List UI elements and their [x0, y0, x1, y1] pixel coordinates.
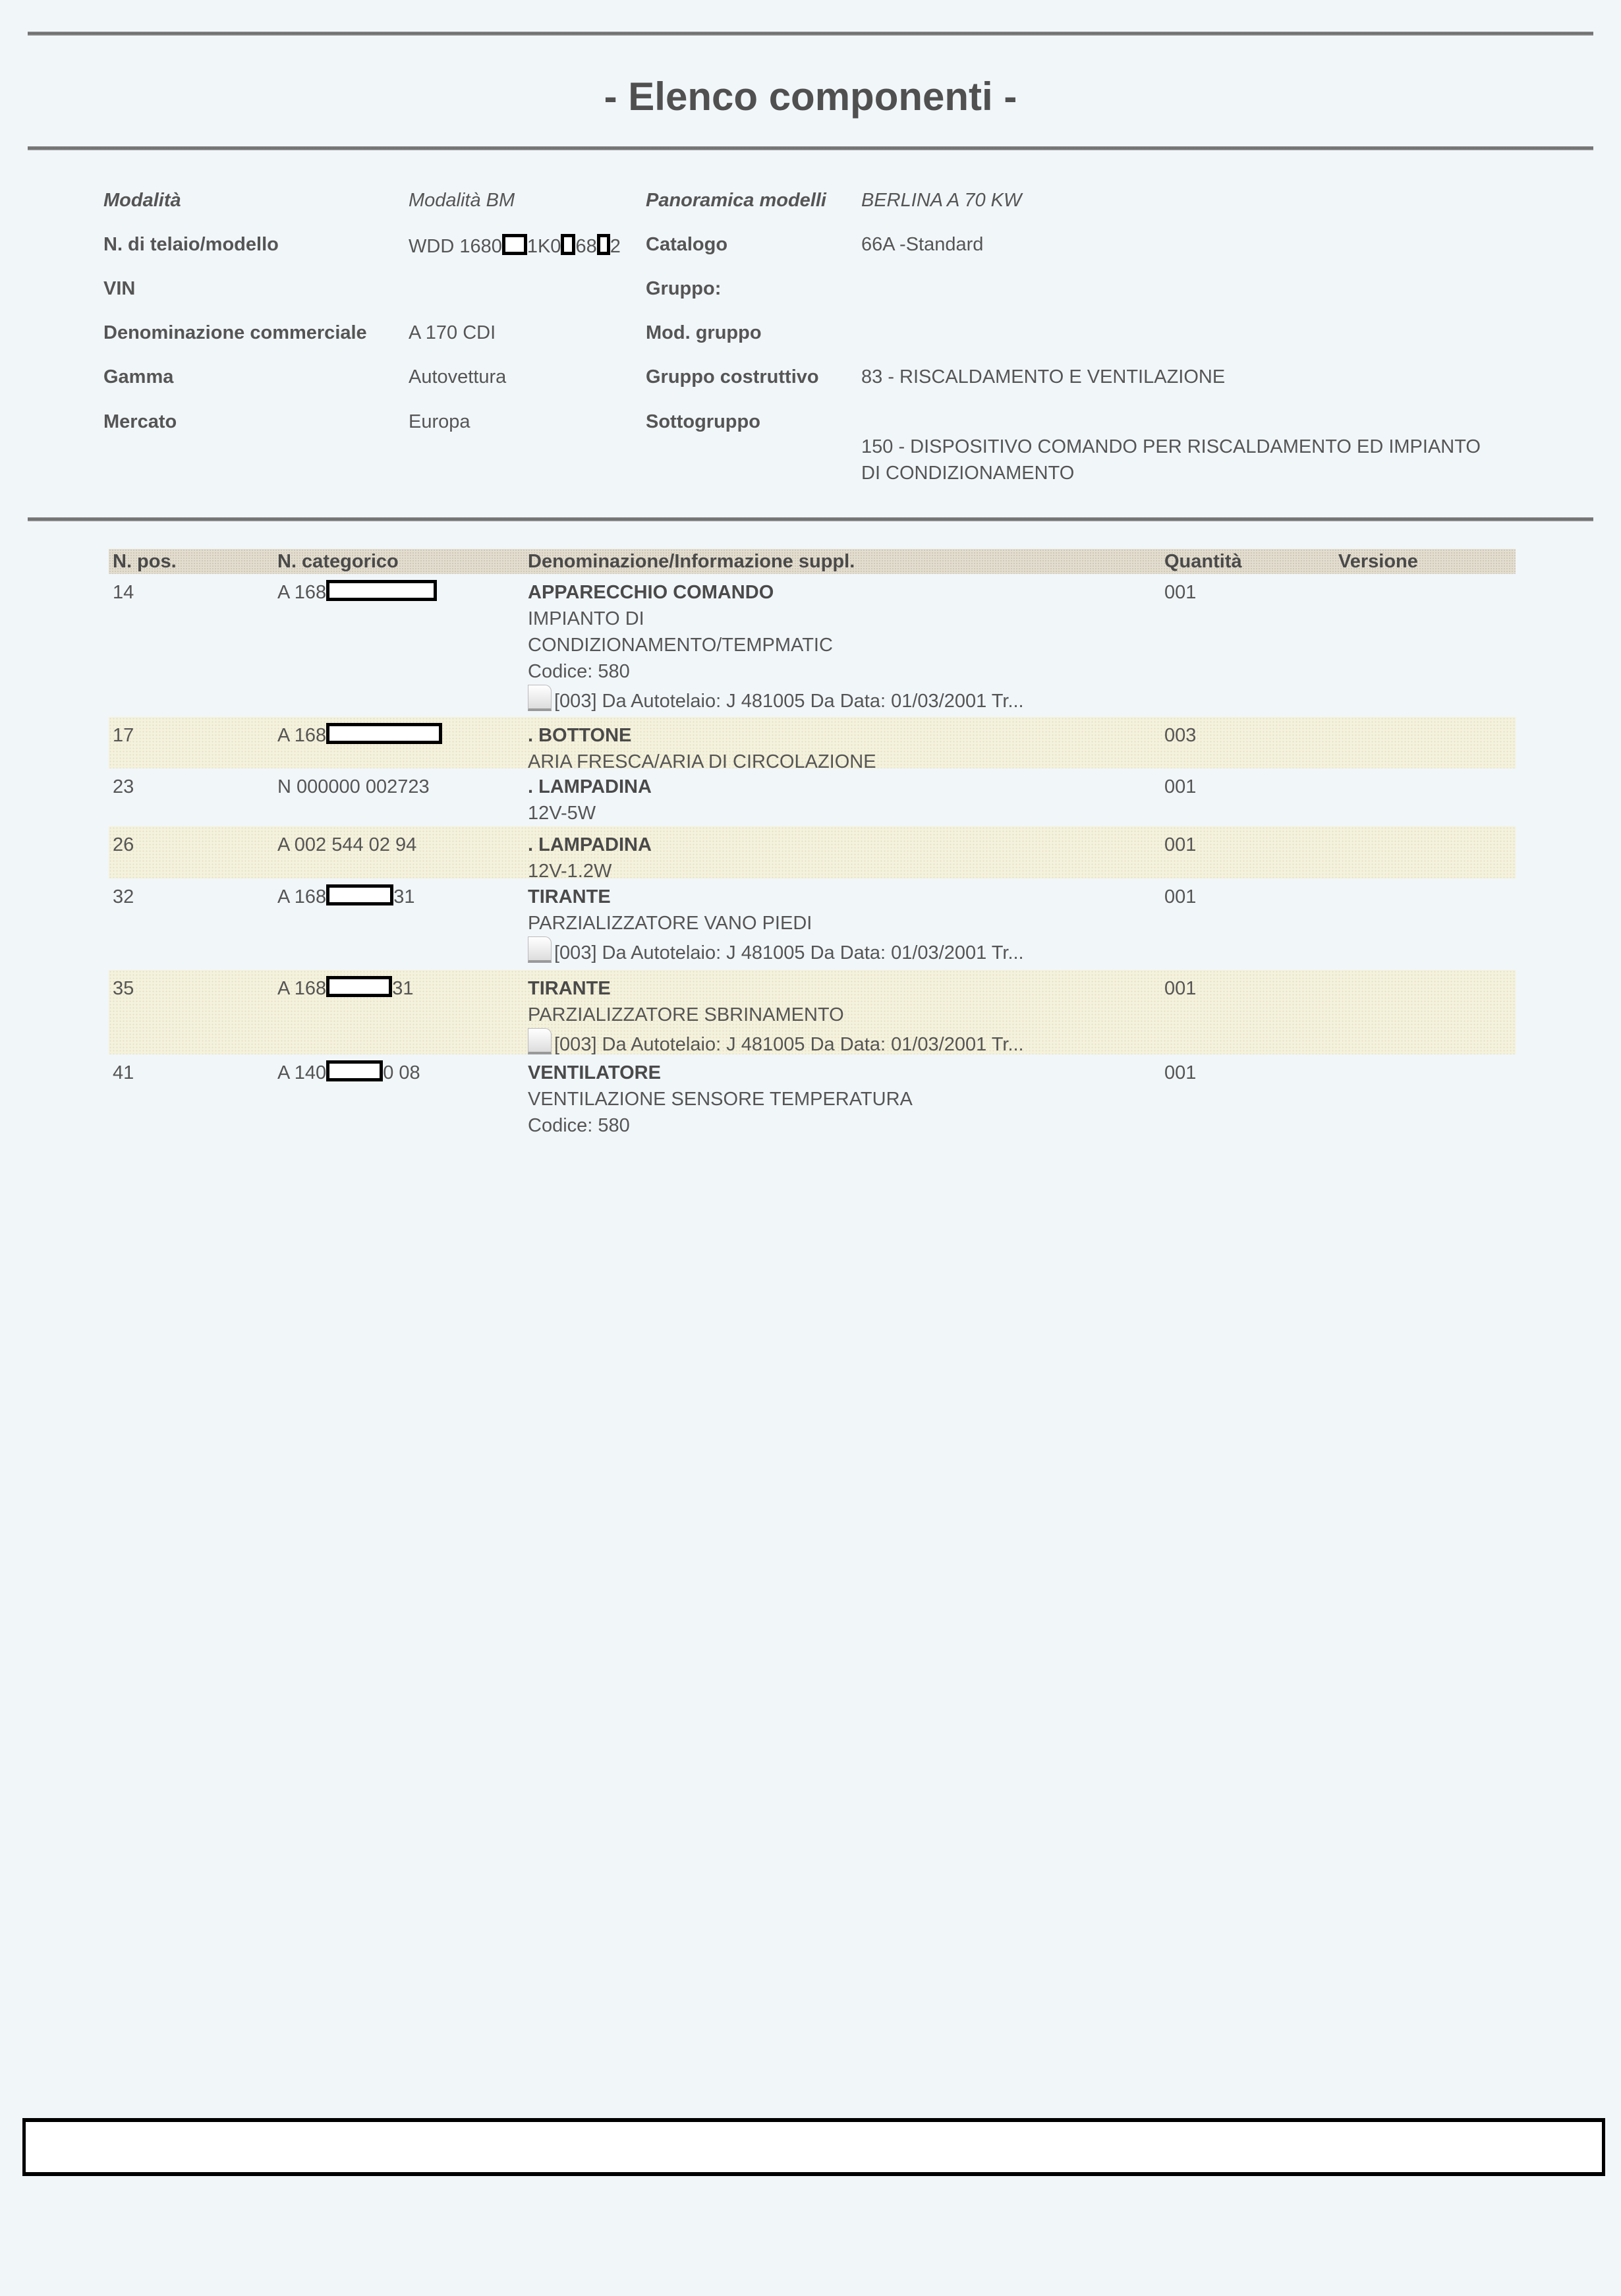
- description: TIRANTEPARZIALIZZATORE VANO PIEDI[003] D…: [528, 884, 1024, 966]
- part-name: . LAMPADINA: [528, 832, 652, 858]
- catalog-number: A 16831: [277, 884, 414, 910]
- info-value: 150 - DISPOSITIVO COMANDO PER RISCALDAME…: [861, 436, 1481, 458]
- info-label: Modalità: [103, 190, 181, 212]
- part-info: CONDIZIONAMENTO/TEMPMATIC: [528, 632, 1024, 658]
- part-info: PARZIALIZZATORE VANO PIEDI: [528, 910, 1024, 936]
- note-text: [003] Da Autotelaio: J 481005 Da Data: 0…: [554, 1034, 1024, 1055]
- footer-box: [22, 2118, 1605, 2176]
- section-rule: [28, 517, 1593, 521]
- part-info: VENTILAZIONE SENSORE TEMPERATURA: [528, 1086, 913, 1112]
- info-label: Sottogruppo: [646, 411, 760, 433]
- catalog-number: A 002 544 02 94: [277, 832, 416, 858]
- table-row: 14A 168APPARECCHIO COMANDOIMPIANTO DICON…: [109, 574, 1516, 717]
- info-label: VIN: [103, 278, 135, 300]
- description: . LAMPADINA12V-1.2W: [528, 832, 652, 884]
- pos-number: 32: [113, 884, 134, 910]
- note-icon[interactable]: [528, 936, 552, 963]
- top-rule: [28, 32, 1593, 36]
- table-row: 41A 1400 08VENTILATOREVENTILAZIONE SENSO…: [109, 1054, 1516, 1147]
- table-row: 32A 16831TIRANTEPARZIALIZZATORE VANO PIE…: [109, 878, 1516, 970]
- pos-number: 41: [113, 1060, 134, 1086]
- info-label: Mercato: [103, 411, 177, 433]
- info-label: Panoramica modelli: [646, 190, 826, 212]
- quantity: 003: [1164, 722, 1196, 749]
- note-icon[interactable]: [528, 1028, 552, 1054]
- quantity: 001: [1164, 975, 1196, 1002]
- description: VENTILATOREVENTILAZIONE SENSORE TEMPERAT…: [528, 1060, 913, 1139]
- redacted-box: [561, 234, 575, 255]
- col-category: N. categorico: [277, 549, 399, 574]
- info-label: Catalogo: [646, 234, 727, 256]
- note-line[interactable]: [003] Da Autotelaio: J 481005 Da Data: 0…: [528, 1028, 1024, 1058]
- info-label: Gamma: [103, 366, 173, 388]
- quantity: 001: [1164, 774, 1196, 800]
- pos-number: 17: [113, 722, 134, 749]
- redacted-box: [326, 723, 442, 744]
- pos-number: 35: [113, 975, 134, 1002]
- info-value: 83 - RISCALDAMENTO E VENTILAZIONE: [861, 366, 1225, 388]
- quantity: 001: [1164, 1060, 1196, 1086]
- col-version: Versione: [1338, 549, 1418, 574]
- table-row: 35A 16831TIRANTEPARZIALIZZATORE SBRINAME…: [109, 970, 1516, 1054]
- note-text: [003] Da Autotelaio: J 481005 Da Data: 0…: [554, 691, 1024, 712]
- note-icon[interactable]: [528, 685, 552, 711]
- part-info: 12V-5W: [528, 800, 652, 826]
- info-value: DI CONDIZIONAMENTO: [861, 463, 1074, 484]
- redacted-box: [326, 884, 393, 905]
- redacted-box: [326, 580, 437, 601]
- quantity: 001: [1164, 884, 1196, 910]
- info-label: Denominazione commerciale: [103, 322, 367, 344]
- col-pos: N. pos.: [113, 549, 177, 574]
- pos-number: 26: [113, 832, 134, 858]
- info-value: BERLINA A 70 KW: [861, 190, 1021, 212]
- catalog-number: N 000000 002723: [277, 774, 430, 800]
- part-name: TIRANTE: [528, 975, 1024, 1002]
- info-value: Europa: [409, 411, 470, 433]
- part-name: . LAMPADINA: [528, 774, 652, 800]
- part-info: IMPIANTO DI: [528, 606, 1024, 632]
- info-value: A 170 CDI: [409, 322, 496, 344]
- description: . BOTTONEARIA FRESCA/ARIA DI CIRCOLAZION…: [528, 722, 876, 775]
- col-quantity: Quantità: [1164, 549, 1242, 574]
- info-value: 66A -Standard: [861, 234, 983, 256]
- info-label: Gruppo:: [646, 278, 721, 300]
- note-line[interactable]: [003] Da Autotelaio: J 481005 Da Data: 0…: [528, 936, 1024, 966]
- catalog-number: A 168: [277, 579, 437, 606]
- part-info: Codice: 580: [528, 1112, 913, 1139]
- info-value: Autovettura: [409, 366, 506, 388]
- note-text: [003] Da Autotelaio: J 481005 Da Data: 0…: [554, 942, 1024, 963]
- description: APPARECCHIO COMANDOIMPIANTO DICONDIZIONA…: [528, 579, 1024, 714]
- info-value: Modalità BM: [409, 190, 515, 212]
- table-row: 17A 168. BOTTONEARIA FRESCA/ARIA DI CIRC…: [109, 717, 1516, 768]
- part-info: PARZIALIZZATORE SBRINAMENTO: [528, 1002, 1024, 1028]
- table-row: 26A 002 544 02 94. LAMPADINA12V-1.2W001: [109, 826, 1516, 878]
- info-label: Gruppo costruttivo: [646, 366, 819, 388]
- info-label: Mod. gruppo: [646, 322, 762, 344]
- col-description: Denominazione/Informazione suppl.: [528, 549, 855, 574]
- redacted-box: [597, 234, 610, 255]
- info-label: N. di telaio/modello: [103, 234, 279, 256]
- quantity: 001: [1164, 579, 1196, 606]
- table-header: N. pos. N. categorico Denominazione/Info…: [109, 549, 1516, 574]
- info-value: WDD 16801K0682: [409, 234, 621, 258]
- page-title: - Elenco componenti -: [0, 74, 1621, 119]
- quantity: 001: [1164, 832, 1196, 858]
- note-line[interactable]: [003] Da Autotelaio: J 481005 Da Data: 0…: [528, 685, 1024, 714]
- table-row: 23N 000000 002723. LAMPADINA12V-5W001: [109, 768, 1516, 826]
- description: TIRANTEPARZIALIZZATORE SBRINAMENTO[003] …: [528, 975, 1024, 1058]
- catalog-number: A 1400 08: [277, 1060, 420, 1086]
- part-info: Codice: 580: [528, 658, 1024, 685]
- redacted-box: [326, 976, 392, 997]
- part-name: APPARECCHIO COMANDO: [528, 579, 1024, 606]
- redacted-box: [502, 234, 527, 255]
- catalog-number: A 16831: [277, 975, 413, 1002]
- pos-number: 23: [113, 774, 134, 800]
- part-name: VENTILATORE: [528, 1060, 913, 1086]
- part-name: . BOTTONE: [528, 722, 876, 749]
- description: . LAMPADINA12V-5W: [528, 774, 652, 826]
- part-name: TIRANTE: [528, 884, 1024, 910]
- title-rule: [28, 146, 1593, 150]
- redacted-box: [326, 1060, 383, 1081]
- catalog-number: A 168: [277, 722, 442, 749]
- pos-number: 14: [113, 579, 134, 606]
